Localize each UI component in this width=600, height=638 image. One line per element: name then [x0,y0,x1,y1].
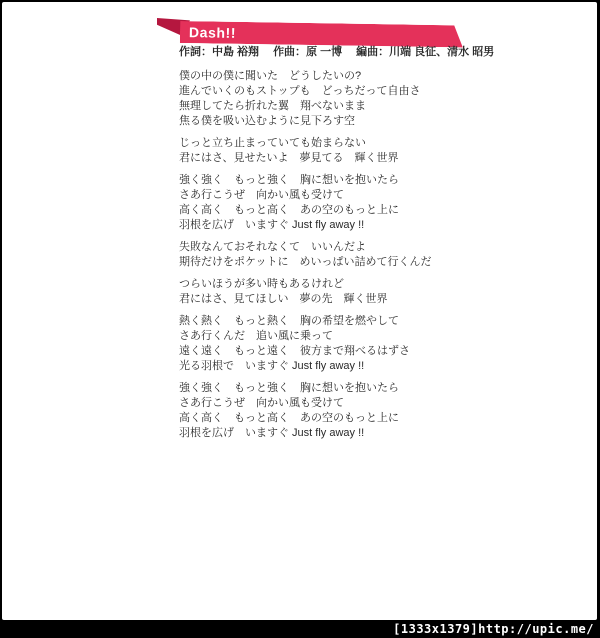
watermark-bar: [1333x1379]http://upic.me/ [0,620,600,638]
credit-arranger: 編曲：川端 良征、清水 昭男 [356,43,494,59]
lyrics-line: さあ行くんだ 追い風に乗って [179,329,431,344]
credit-arranger-name: 川端 良征、清水 昭男 [389,46,494,58]
credits: 作詞：中島 裕翔 作曲：原 一博 編曲：川端 良征、清水 昭男 [179,43,494,59]
lyrics-line: 羽根を広げ いますぐ Just fly away !! [179,426,431,441]
lyrics-stanza: 僕の中の僕に聞いた どうしたいの?進んでいくのもストップも どっちだって自由さ無… [179,69,431,129]
lyrics-line: 熱く熱く もっと熱く 胸の希望を燃やして [179,314,431,329]
lyrics-line: 無理してたら折れた翼 翔べないまま [179,99,431,114]
lyrics-line: 強く強く もっと強く 胸に想いを抱いたら [179,381,431,396]
song-title: Dash!! [189,24,236,41]
lyrics-line: 高く高く もっと高く あの空のもっと上に [179,203,431,218]
lyrics: 僕の中の僕に聞いた どうしたいの?進んでいくのもストップも どっちだって自由さ無… [179,69,431,448]
lyrics-line: さあ行こうぜ 向かい風も受けて [179,396,431,411]
lyrics-stanza: じっと立ち止まっていても始まらない君にはさ、見せたいよ 夢見てる 輝く世界 [179,136,431,166]
credit-composer: 作曲：原 一博 [273,43,342,59]
lyrics-stanza: 熱く熱く もっと熱く 胸の希望を燃やしてさあ行くんだ 追い風に乗って遠く遠く も… [179,314,431,374]
lyrics-line: 遠く遠く もっと遠く 彼方まで翔べるはずさ [179,344,431,359]
lyrics-stanza: 失敗なんておそれなくて いいんだよ期待だけをポケットに めいっぱい詰めて行くんだ [179,240,431,270]
credit-lyricist: 作詞：中島 裕翔 [179,43,259,59]
credit-composer-label: 作曲： [273,46,306,58]
lyrics-line: さあ行こうぜ 向かい風も受けて [179,188,431,203]
lyrics-line: 焦る僕を吸い込むように見下ろす空 [179,114,431,129]
lyrics-line: 進んでいくのもストップも どっちだって自由さ [179,84,431,99]
lyrics-line: 光る羽根で いますぐ Just fly away !! [179,359,431,374]
lyrics-line: 君にはさ、見てほしい 夢の先 輝く世界 [179,292,431,307]
lyrics-stanza: 強く強く もっと強く 胸に想いを抱いたらさあ行こうぜ 向かい風も受けて高く高く … [179,173,431,233]
credit-lyricist-label: 作詞： [179,46,212,58]
lyrics-line: 高く高く もっと高く あの空のもっと上に [179,411,431,426]
lyrics-line: 君にはさ、見せたいよ 夢見てる 輝く世界 [179,151,431,166]
lyrics-stanza: 強く強く もっと強く 胸に想いを抱いたらさあ行こうぜ 向かい風も受けて高く高く … [179,381,431,441]
lyrics-stanza: つらいほうが多い時もあるけれど君にはさ、見てほしい 夢の先 輝く世界 [179,277,431,307]
lyrics-line: 僕の中の僕に聞いた どうしたいの? [179,69,431,84]
credit-lyricist-name: 中島 裕翔 [212,46,259,58]
lyrics-line: 失敗なんておそれなくて いいんだよ [179,240,431,255]
lyrics-line: つらいほうが多い時もあるけれど [179,277,431,292]
lyrics-line: 期待だけをポケットに めいっぱい詰めて行くんだ [179,255,431,270]
lyric-sheet-page: Dash!! 作詞：中島 裕翔 作曲：原 一博 編曲：川端 良征、清水 昭男 僕… [2,2,597,620]
lyrics-line: 強く強く もっと強く 胸に想いを抱いたら [179,173,431,188]
scan-frame: Dash!! 作詞：中島 裕翔 作曲：原 一博 編曲：川端 良征、清水 昭男 僕… [0,0,600,638]
credit-arranger-label: 編曲： [356,46,389,58]
watermark-url: [1333x1379]http://upic.me/ [393,622,594,636]
lyrics-line: じっと立ち止まっていても始まらない [179,136,431,151]
lyrics-line: 羽根を広げ いますぐ Just fly away !! [179,218,431,233]
credit-composer-name: 原 一博 [306,46,342,58]
